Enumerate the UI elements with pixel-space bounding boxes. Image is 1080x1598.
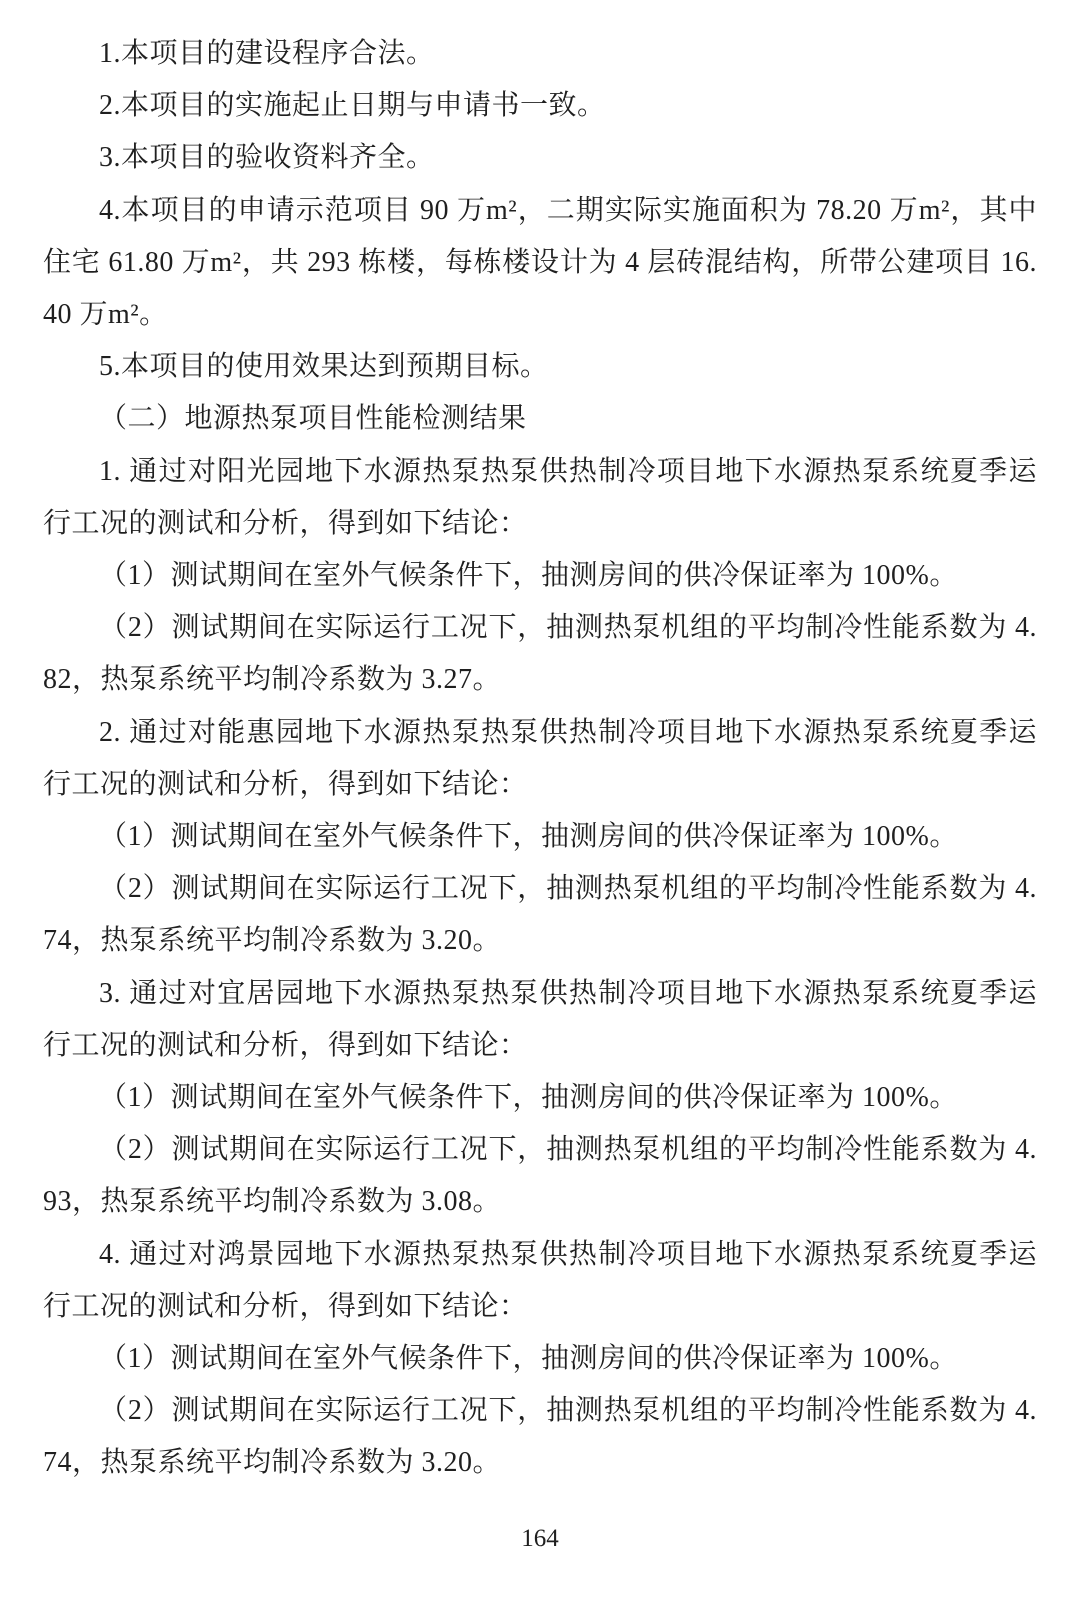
paragraph: 2.本项目的实施起止日期与申请书一致。 <box>43 80 1037 132</box>
paragraph: （1）测试期间在室外气候条件下，抽测房间的供冷保证率为 100%。 <box>43 1072 1037 1124</box>
paragraph: 1.本项目的建设程序合法。 <box>43 28 1037 80</box>
paragraph: 2. 通过对能惠园地下水源热泵热泵供热制冷项目地下水源热泵系统夏季运行工况的测试… <box>43 707 1037 811</box>
paragraph: （1）测试期间在室外气候条件下，抽测房间的供冷保证率为 100%。 <box>43 550 1037 602</box>
paragraph: （2）测试期间在实际运行工况下，抽测热泵机组的平均制冷性能系数为 4.82，热泵… <box>43 602 1037 706</box>
paragraph: 3.本项目的验收资料齐全。 <box>43 132 1037 184</box>
document-page: 1.本项目的建设程序合法。2.本项目的实施起止日期与申请书一致。3.本项目的验收… <box>0 0 1080 1598</box>
paragraph: （2）测试期间在实际运行工况下，抽测热泵机组的平均制冷性能系数为 4.74，热泵… <box>43 1385 1037 1489</box>
paragraph: （1）测试期间在室外气候条件下，抽测房间的供冷保证率为 100%。 <box>43 811 1037 863</box>
paragraph: （2）测试期间在实际运行工况下，抽测热泵机组的平均制冷性能系数为 4.74，热泵… <box>43 863 1037 967</box>
paragraph: 4. 通过对鸿景园地下水源热泵热泵供热制冷项目地下水源热泵系统夏季运行工况的测试… <box>43 1229 1037 1333</box>
paragraph: 3. 通过对宜居园地下水源热泵热泵供热制冷项目地下水源热泵系统夏季运行工况的测试… <box>43 968 1037 1072</box>
paragraph: 1. 通过对阳光园地下水源热泵热泵供热制冷项目地下水源热泵系统夏季运行工况的测试… <box>43 446 1037 550</box>
paragraph: 5.本项目的使用效果达到预期目标。 <box>43 341 1037 393</box>
paragraph: （1）测试期间在室外气候条件下，抽测房间的供冷保证率为 100%。 <box>43 1333 1037 1385</box>
paragraph: （二）地源热泵项目性能检测结果 <box>43 393 1037 445</box>
document-body: 1.本项目的建设程序合法。2.本项目的实施起止日期与申请书一致。3.本项目的验收… <box>0 0 1080 1490</box>
paragraph: 4.本项目的申请示范项目 90 万m²，二期实际实施面积为 78.20 万m²，… <box>43 185 1037 342</box>
paragraph: （2）测试期间在实际运行工况下，抽测热泵机组的平均制冷性能系数为 4.93，热泵… <box>43 1124 1037 1228</box>
page-number: 164 <box>0 1525 1080 1553</box>
